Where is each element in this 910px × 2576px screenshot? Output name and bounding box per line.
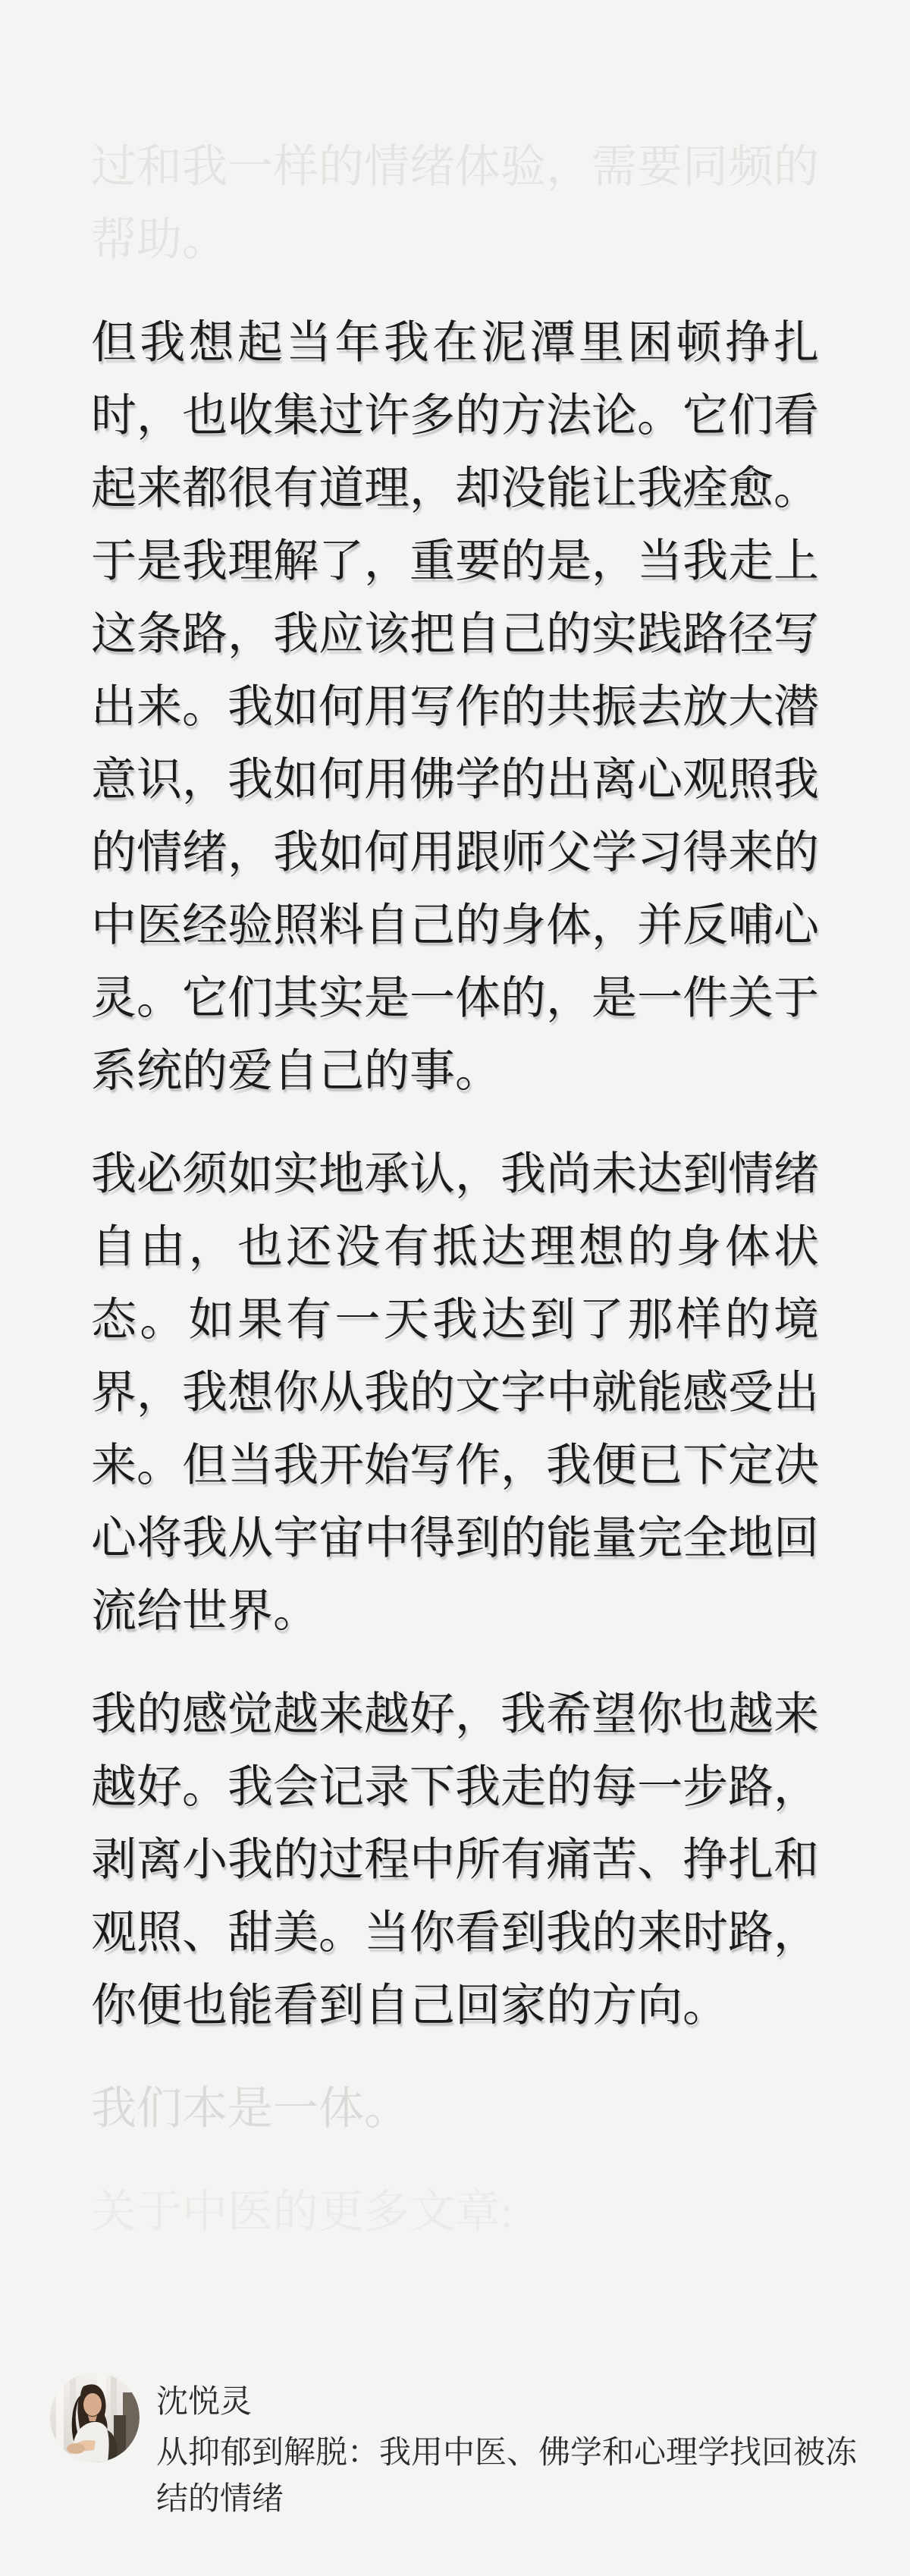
text-line: 系统的爱自己的事。 [91,1035,819,1107]
paragraph: 我的感觉越来越好，我希望你也越来越好。我会记录下我走的每一步路，剥离小我的过程中… [91,1678,819,2042]
author-avatar-photo [50,2373,140,2462]
text-line: 帮助。 [91,203,819,276]
paragraph: 过和我一样的情绪体验，需要同频的帮助。 [91,130,819,276]
paragraph: 但我想起当年我在泥潭里困顿挣扎时，也收集过许多的方法论。它们看起来都很有道理，却… [91,306,819,1107]
text-line: 态。如果有一天我达到了那样的境 [91,1283,819,1356]
text-line: 灵。它们其实是一体的，是一件关于 [91,962,819,1035]
text-line: 观照、甜美。当你看到我的来时路， [91,1896,819,1969]
paragraph: 我必须如实地承认，我尚未达到情绪自由，也还没有抵达理想的身体状态。如果有一天我达… [91,1138,819,1648]
text-line: 但我想起当年我在泥潭里困顿挣扎 [91,306,819,379]
text-line: 剥离小我的过程中所有痛苦、挣扎和 [91,1824,819,1896]
text-line: 意识，我如何用佛学的出离心观照我 [91,743,819,816]
text-line: 越好。我会记录下我走的每一步路， [91,1751,819,1824]
author-info: 沈悦灵 从抑郁到解脱：我用中医、佛学和心理学找回被冻结的情绪 [156,2373,865,2521]
text-line: 起来都很有道理，却没能让我痊愈。 [91,452,819,525]
text-line: 中医经验照料自己的身体，并反哺心 [91,889,819,962]
text-line: 出来。我如何用写作的共振去放大潜 [91,671,819,743]
page-root: 过和我一样的情绪体验，需要同频的帮助。但我想起当年我在泥潭里困顿挣扎时，也收集过… [0,0,910,2576]
author-card: 沈悦灵 从抑郁到解脱：我用中医、佛学和心理学找回被冻结的情绪 [50,2373,869,2521]
text-line: 于是我理解了，重要的是，当我走上 [91,525,819,598]
text-line: 的情绪，我如何用跟师父学习得来的 [91,816,819,889]
text-line: 来。但当我开始写作，我便已下定决 [91,1429,819,1502]
text-line: 界，我想你从我的文字中就能感受出 [91,1356,819,1429]
text-line: 流给世界。 [91,1575,819,1648]
article-body: 过和我一样的情绪体验，需要同频的帮助。但我想起当年我在泥潭里困顿挣扎时，也收集过… [91,130,819,2279]
paragraph: 关于中医的更多文章: [91,2175,819,2248]
article-title: 从抑郁到解脱：我用中医、佛学和心理学找回被冻结的情绪 [156,2429,865,2521]
text-line: 过和我一样的情绪体验，需要同频的 [91,130,819,203]
text-line: 我的感觉越来越好，我希望你也越来 [91,1678,819,1751]
author-name: 沈悦灵 [156,2379,865,2424]
text-line: 这条路，我应该把自己的实践路径写 [91,598,819,671]
text-line: 关于中医的更多文章: [91,2175,819,2248]
text-line: 我们本是一体。 [91,2072,819,2145]
text-line: 你便也能看到自己回家的方向。 [91,1969,819,2042]
text-line: 自由，也还没有抵达理想的身体状 [91,1211,819,1283]
text-line: 我必须如实地承认，我尚未达到情绪 [91,1138,819,1211]
text-line: 心将我从宇宙中得到的能量完全地回 [91,1502,819,1575]
paragraph: 我们本是一体。 [91,2072,819,2145]
text-line: 时，也收集过许多的方法论。它们看 [91,379,819,452]
